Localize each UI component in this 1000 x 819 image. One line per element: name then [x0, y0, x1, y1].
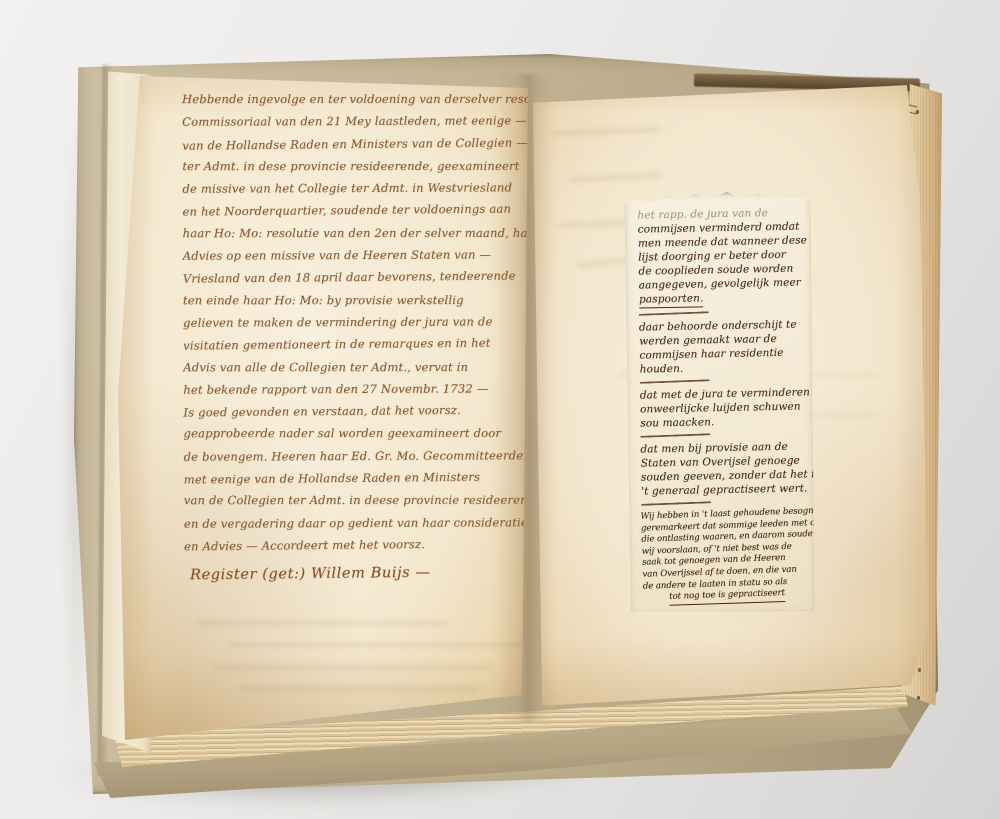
handwritten-line: en Advies — Accordeert met het voorsz.: [184, 533, 425, 558]
note-section-divider: [639, 311, 709, 316]
handwritten-line: ter Admt. in dese provincie resideerende…: [182, 155, 519, 178]
handwritten-line: Commissoriaal van den 21 Mey laastleden,…: [182, 110, 527, 134]
handwritten-line: en de vergadering daar op gedient van ha…: [184, 511, 536, 535]
signature-line: Register (get:) Willem Buijs —: [190, 565, 431, 584]
handwritten-line: tot nog toe is gepractiseert: [669, 588, 785, 605]
pasted-note: het rapp. de jura van decommijsen vermin…: [624, 191, 815, 615]
handwritten-line: het rapp. de jura van de: [637, 206, 768, 223]
handwritten-line: en het Noorderquartier, soudende ter vol…: [182, 198, 511, 223]
handwritten-line: de missive van het Collegie ter Admt. in…: [182, 177, 512, 201]
note-section: het rapp. de jura van decommijsen vermin…: [637, 205, 804, 308]
show-through-line: [568, 172, 663, 184]
handwritten-line: 't generaal gepractiseert wert.: [641, 481, 808, 498]
left-page: Hebbende ingevolge en ter voldoening van…: [118, 72, 530, 744]
handwritten-line: van de Hollandse Raden en Ministers van …: [182, 131, 528, 157]
handwritten-line: de bovengem. Heeren haar Ed. Gr. Mo. Gec…: [184, 444, 531, 468]
note-section: dat met de jura te verminderenonweerlijc…: [640, 385, 806, 430]
handwritten-line: Vriesland van den 18 april daar bevorens…: [183, 265, 516, 290]
show-through-line: [198, 620, 448, 626]
handwritten-line: aangegeven, gevolgelijk meer: [639, 275, 801, 292]
note-section-divider: [641, 501, 711, 506]
show-through-line: [228, 642, 528, 648]
show-through-line: [213, 664, 493, 670]
handwritten-line: Hebbende ingevolge en ter voldoening van…: [182, 88, 566, 111]
handwritten-line: geapprobeerde nader sal worden geexamine…: [183, 422, 501, 445]
note-text-block: het rapp. de jura van decommijsen vermin…: [624, 191, 815, 615]
note-section: daar behoorde onderschijt tewerden gemaa…: [639, 317, 805, 376]
show-through-line: [238, 686, 478, 692]
handwritten-line: Advies op een missive van de Heeren Stat…: [183, 244, 492, 268]
note-section-divider: [640, 379, 710, 384]
handwritten-line: met eenige van de Hollandse Raden en Min…: [184, 466, 481, 491]
note-section: Wij hebben in 't laast gehoudene besogne…: [640, 506, 808, 606]
handwritten-line: haar Ho: Mo: resolutie van den 2en der s…: [183, 222, 541, 245]
handwritten-line: Is goed gevonden en verstaan, dat het vo…: [183, 399, 461, 424]
note-section: dat men bij provisie aan deStaten van Ov…: [640, 439, 806, 498]
manuscript-text-block: Hebbende ingevolge en ter voldoening van…: [182, 87, 536, 557]
handwritten-line: het bekende rapport van den 27 Novembr. …: [183, 377, 488, 401]
note-section-divider: [640, 433, 710, 438]
right-page: het rapp. de jura van decommijsen vermin…: [528, 82, 932, 712]
handwritten-line: ten einde haar Ho: Mo: by provisie werks…: [183, 289, 464, 312]
handwritten-line: sou maacken.: [640, 415, 714, 430]
handwritten-line: houden.: [640, 362, 684, 377]
handwritten-line: Advis van alle de Collegien ter Admt., v…: [183, 356, 468, 379]
handwritten-line: paspoorten.: [639, 291, 704, 308]
handwritten-line: onweerlijcke luijden schuwen: [640, 399, 801, 416]
handwritten-line: van de Collegien ter Admt. in deese prov…: [184, 489, 542, 512]
photograph: II Hebbende ingevolge en ter voldoening …: [0, 0, 1000, 819]
handwritten-line: commijsen haar residentie: [639, 346, 783, 363]
handwritten-line: gelieven te maken de vermindering der ju…: [183, 310, 493, 334]
handwritten-line: visitatien gementioneert in de remarques…: [183, 332, 491, 357]
show-through-line: [552, 126, 662, 137]
